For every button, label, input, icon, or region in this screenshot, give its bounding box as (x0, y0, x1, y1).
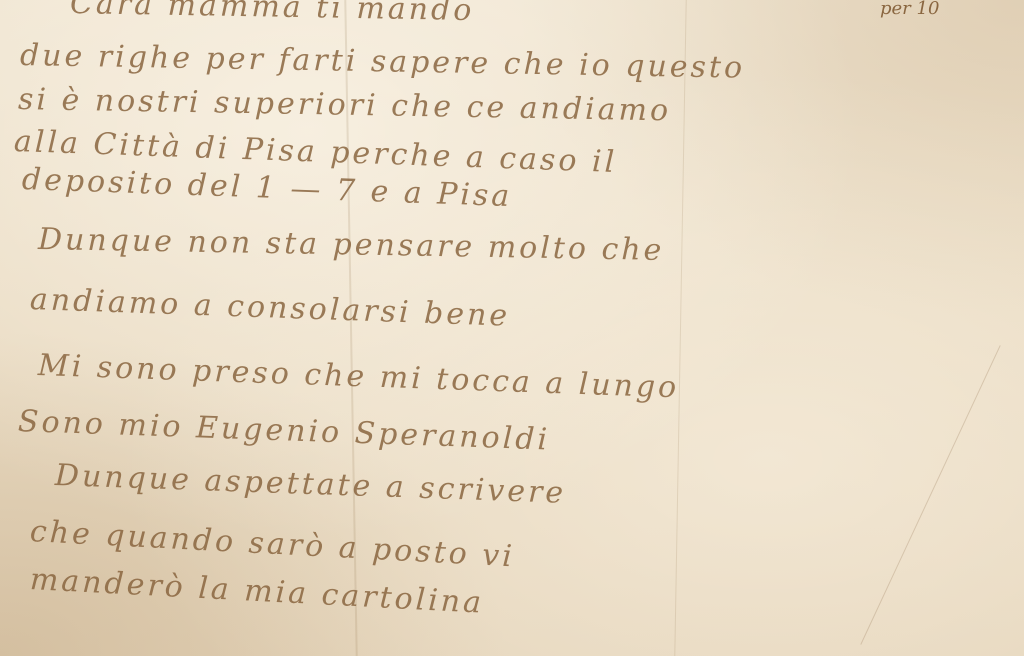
letter-line-1: Cara mamma ti mando (70, 0, 475, 28)
letter-paper: per 10 Cara mamma ti mando due righe per… (0, 0, 1024, 656)
letter-line-7: andiamo a consolarsi bene (29, 282, 510, 334)
letter-line-12: manderò la mia cartolina (29, 562, 485, 621)
letter-line-6: Dunque non sta pensare molto che (38, 222, 665, 268)
margin-note: per 10 (880, 0, 939, 19)
letter-line-8: Mi sono preso che mi tocca a lungo (37, 348, 679, 405)
letter-line-10: Dunque aspettate a scrivere (54, 458, 566, 511)
letter-line-9: Sono mio Eugenio Speranoldi (17, 404, 550, 458)
letter-line-2: due righe per farti sapere che io questo (20, 38, 746, 86)
paper-crease (860, 345, 1000, 645)
letter-line-3: si è nostri superiori che ce andiamo (18, 82, 672, 128)
paper-crease (674, 0, 686, 656)
